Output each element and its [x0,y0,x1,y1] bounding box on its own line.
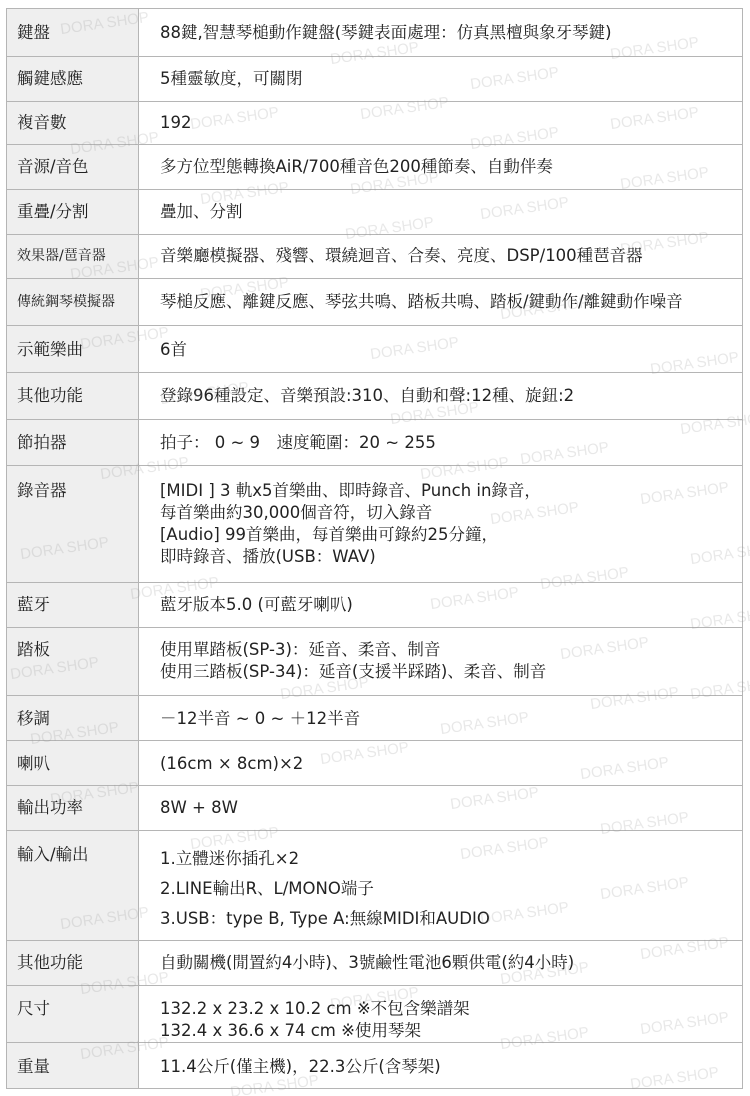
spec-row: 示範樂曲6首 [7,326,743,373]
spec-row: 藍牙藍牙版本5.0 (可藍牙喇叭) [7,583,743,628]
spec-row: 輸出功率8W + 8W [7,786,743,831]
spec-row: 節拍器拍子： 0 ~ 9 速度範圍：20 ~ 255 [7,420,743,466]
spec-value-lines: 登錄96種設定、音樂預設:310、自動和聲:12種、旋鈕:2 [160,385,742,407]
spec-value: 琴槌反應、離鍵反應、琴弦共鳴、踏板共鳴、踏板/鍵動作/離鍵動作噪音 [139,279,743,326]
spec-label: 其他功能 [7,373,139,420]
spec-label: 重疊/分割 [7,190,139,235]
spec-value: 1.立體迷你插孔×22.LINE輸出R、L/MONO端子3.USB：type B… [139,831,743,941]
spec-row: 喇叭(16cm × 8cm)×2 [7,741,743,786]
spec-value-line: 登錄96種設定、音樂預設:310、自動和聲:12種、旋鈕:2 [160,385,742,407]
spec-label-text: 重疊/分割 [17,202,89,221]
spec-value-lines: 疊加、分割 [160,201,742,223]
spec-label-text: 錄音器 [17,481,67,500]
spec-label: 藍牙 [7,583,139,628]
spec-value: 使用單踏板(SP-3)：延音、柔音、制音使用三踏板(SP-34)：延音(支援半踩… [139,628,743,696]
spec-label: 效果器/琶音器 [7,235,139,279]
spec-value-lines: 琴槌反應、離鍵反應、琴弦共鳴、踏板共鳴、踏板/鍵動作/離鍵動作噪音 [160,291,742,313]
spec-value-line: 疊加、分割 [160,201,742,223]
spec-value: 5種靈敏度，可關閉 [139,57,743,102]
spec-value-lines: 8W + 8W [160,797,742,819]
spec-label: 重量 [7,1043,139,1089]
spec-value: 88鍵,智慧琴槌動作鍵盤(琴鍵表面處理：仿真黑檀與象牙琴鍵) [139,9,743,57]
spec-value-lines: (16cm × 8cm)×2 [160,753,742,775]
spec-value-line: 即時錄音、播放(USB：WAV) [160,546,742,568]
spec-value-line: 多方位型態轉換AiR/700種音色200種節奏、自動伴奏 [160,156,742,178]
spec-value-line: 琴槌反應、離鍵反應、琴弦共鳴、踏板共鳴、踏板/鍵動作/離鍵動作噪音 [160,291,742,313]
spec-value-line: 8W + 8W [160,797,742,819]
spec-value-lines: 6首 [160,339,742,361]
spec-value: 192 [139,102,743,145]
spec-label-text: 踏板 [17,640,50,659]
spec-value-lines: 自動關機(閒置約4小時)、3號鹼性電池6顆供電(約4小時) [160,952,742,974]
spec-value-line: (16cm × 8cm)×2 [160,753,742,775]
spec-value-lines: 11.4公斤(僅主機)，22.3公斤(含琴架) [160,1056,742,1078]
spec-label: 錄音器 [7,466,139,583]
spec-value-lines: 88鍵,智慧琴槌動作鍵盤(琴鍵表面處理：仿真黑檀與象牙琴鍵) [160,22,742,44]
spec-value-lines: 音樂廳模擬器、殘響、環繞迴音、合奏、亮度、DSP/100種琶音器 [160,245,742,267]
spec-label: 節拍器 [7,420,139,466]
spec-value-line: 132.2 x 23.2 x 10.2 cm ※不包含樂譜架 [160,998,742,1020]
spec-label-text: 重量 [17,1057,50,1076]
spec-row: 重量11.4公斤(僅主機)，22.3公斤(含琴架) [7,1043,743,1089]
spec-value-line: 每首樂曲約30,000個音符，切入錄音 [160,502,742,524]
spec-label-text: 效果器/琶音器 [17,248,106,264]
spec-value-line: 6首 [160,339,742,361]
spec-value-line: －12半音 ~ 0 ~ ＋12半音 [160,708,742,730]
spec-label: 移調 [7,696,139,741]
spec-label-text: 藍牙 [17,595,50,614]
spec-label: 喇叭 [7,741,139,786]
spec-value-line: 自動關機(閒置約4小時)、3號鹼性電池6顆供電(約4小時) [160,952,742,974]
spec-label: 尺寸 [7,986,139,1043]
spec-value-lines: 拍子： 0 ~ 9 速度範圍：20 ~ 255 [160,432,742,454]
spec-label-text: 節拍器 [17,433,67,452]
spec-value-line: 2.LINE輸出R、L/MONO端子 [160,874,742,904]
spec-value-lines: 5種靈敏度，可關閉 [160,68,742,90]
spec-label: 鍵盤 [7,9,139,57]
spec-label-text: 其他功能 [17,953,83,972]
spec-value-lines: 藍牙版本5.0 (可藍牙喇叭) [160,594,742,616]
spec-value: 拍子： 0 ~ 9 速度範圍：20 ~ 255 [139,420,743,466]
spec-row: 鍵盤88鍵,智慧琴槌動作鍵盤(琴鍵表面處理：仿真黑檀與象牙琴鍵) [7,9,743,57]
spec-value-lines: 132.2 x 23.2 x 10.2 cm ※不包含樂譜架132.4 x 36… [160,998,742,1042]
spec-value-line: 5種靈敏度，可關閉 [160,68,742,90]
spec-label: 觸鍵感應 [7,57,139,102]
spec-value-lines: [MIDI ] 3 軌x5首樂曲、即時錄音、Punch in錄音，每首樂曲約30… [160,480,742,568]
spec-row: 其他功能自動關機(閒置約4小時)、3號鹼性電池6顆供電(約4小時) [7,941,743,986]
spec-value-line: 使用單踏板(SP-3)：延音、柔音、制音 [160,639,742,661]
spec-value-line: 使用三踏板(SP-34)：延音(支援半踩踏)、柔音、制音 [160,661,742,683]
spec-table-body: 鍵盤88鍵,智慧琴槌動作鍵盤(琴鍵表面處理：仿真黑檀與象牙琴鍵)觸鍵感應5種靈敏… [7,9,743,1089]
spec-row: 踏板使用單踏板(SP-3)：延音、柔音、制音使用三踏板(SP-34)：延音(支援… [7,628,743,696]
spec-label-text: 傳統鋼琴模擬器 [17,294,115,310]
spec-value-line: 3.USB：type B, Type A:無線MIDI和AUDIO [160,904,742,934]
spec-value-line: 132.4 x 36.6 x 74 cm ※使用琴架 [160,1020,742,1042]
spec-value-lines: －12半音 ~ 0 ~ ＋12半音 [160,708,742,730]
spec-label-text: 移調 [17,709,50,728]
spec-row: 複音數192 [7,102,743,145]
spec-row: 移調－12半音 ~ 0 ~ ＋12半音 [7,696,743,741]
spec-row: 效果器/琶音器音樂廳模擬器、殘響、環繞迴音、合奏、亮度、DSP/100種琶音器 [7,235,743,279]
spec-label-text: 音源/音色 [17,157,89,176]
spec-value: 藍牙版本5.0 (可藍牙喇叭) [139,583,743,628]
spec-value-lines: 多方位型態轉換AiR/700種音色200種節奏、自動伴奏 [160,156,742,178]
spec-label: 輸入/輸出 [7,831,139,941]
spec-label: 傳統鋼琴模擬器 [7,279,139,326]
spec-row: 觸鍵感應5種靈敏度，可關閉 [7,57,743,102]
spec-label-text: 尺寸 [17,999,50,1018]
spec-label-text: 輸出功率 [17,798,83,817]
spec-value-line: [Audio] 99首樂曲，每首樂曲可錄約25分鐘， [160,524,742,546]
spec-label-text: 輸入/輸出 [17,845,89,864]
spec-row: 傳統鋼琴模擬器琴槌反應、離鍵反應、琴弦共鳴、踏板共鳴、踏板/鍵動作/離鍵動作噪音 [7,279,743,326]
spec-row: 重疊/分割疊加、分割 [7,190,743,235]
spec-value-line: 藍牙版本5.0 (可藍牙喇叭) [160,594,742,616]
spec-value: 6首 [139,326,743,373]
spec-value: 11.4公斤(僅主機)，22.3公斤(含琴架) [139,1043,743,1089]
spec-value-lines: 使用單踏板(SP-3)：延音、柔音、制音使用三踏板(SP-34)：延音(支援半踩… [160,639,742,683]
spec-value: 疊加、分割 [139,190,743,235]
spec-value: 登錄96種設定、音樂預設:310、自動和聲:12種、旋鈕:2 [139,373,743,420]
spec-label-text: 其他功能 [17,386,83,405]
spec-value: (16cm × 8cm)×2 [139,741,743,786]
spec-label-text: 鍵盤 [17,23,50,42]
spec-row: 錄音器[MIDI ] 3 軌x5首樂曲、即時錄音、Punch in錄音，每首樂曲… [7,466,743,583]
spec-label: 示範樂曲 [7,326,139,373]
spec-label: 複音數 [7,102,139,145]
spec-row: 音源/音色多方位型態轉換AiR/700種音色200種節奏、自動伴奏 [7,145,743,190]
spec-value-lines: 192 [160,112,742,134]
spec-label: 輸出功率 [7,786,139,831]
spec-value: 132.2 x 23.2 x 10.2 cm ※不包含樂譜架132.4 x 36… [139,986,743,1043]
spec-value-line: 88鍵,智慧琴槌動作鍵盤(琴鍵表面處理：仿真黑檀與象牙琴鍵) [160,22,742,44]
spec-value-line: 11.4公斤(僅主機)，22.3公斤(含琴架) [160,1056,742,1078]
spec-label-text: 觸鍵感應 [17,69,83,88]
spec-row: 尺寸132.2 x 23.2 x 10.2 cm ※不包含樂譜架132.4 x … [7,986,743,1043]
spec-value: 8W + 8W [139,786,743,831]
spec-label-text: 喇叭 [17,754,50,773]
spec-value: －12半音 ~ 0 ~ ＋12半音 [139,696,743,741]
spec-label-text: 複音數 [17,113,67,132]
spec-value-line: 音樂廳模擬器、殘響、環繞迴音、合奏、亮度、DSP/100種琶音器 [160,245,742,267]
spec-value: 多方位型態轉換AiR/700種音色200種節奏、自動伴奏 [139,145,743,190]
spec-value-line: 1.立體迷你插孔×2 [160,844,742,874]
spec-row: 輸入/輸出1.立體迷你插孔×22.LINE輸出R、L/MONO端子3.USB：t… [7,831,743,941]
spec-label-text: 示範樂曲 [17,340,83,359]
spec-value: 自動關機(閒置約4小時)、3號鹼性電池6顆供電(約4小時) [139,941,743,986]
spec-value-line: [MIDI ] 3 軌x5首樂曲、即時錄音、Punch in錄音， [160,480,742,502]
spec-value-lines: 1.立體迷你插孔×22.LINE輸出R、L/MONO端子3.USB：type B… [160,844,742,934]
spec-value-line: 192 [160,112,742,134]
spec-label: 音源/音色 [7,145,139,190]
spec-label: 其他功能 [7,941,139,986]
spec-row: 其他功能登錄96種設定、音樂預設:310、自動和聲:12種、旋鈕:2 [7,373,743,420]
spec-value-line: 拍子： 0 ~ 9 速度範圍：20 ~ 255 [160,432,742,454]
spec-value: [MIDI ] 3 軌x5首樂曲、即時錄音、Punch in錄音，每首樂曲約30… [139,466,743,583]
spec-table: 鍵盤88鍵,智慧琴槌動作鍵盤(琴鍵表面處理：仿真黑檀與象牙琴鍵)觸鍵感應5種靈敏… [6,8,743,1089]
spec-label: 踏板 [7,628,139,696]
spec-value: 音樂廳模擬器、殘響、環繞迴音、合奏、亮度、DSP/100種琶音器 [139,235,743,279]
